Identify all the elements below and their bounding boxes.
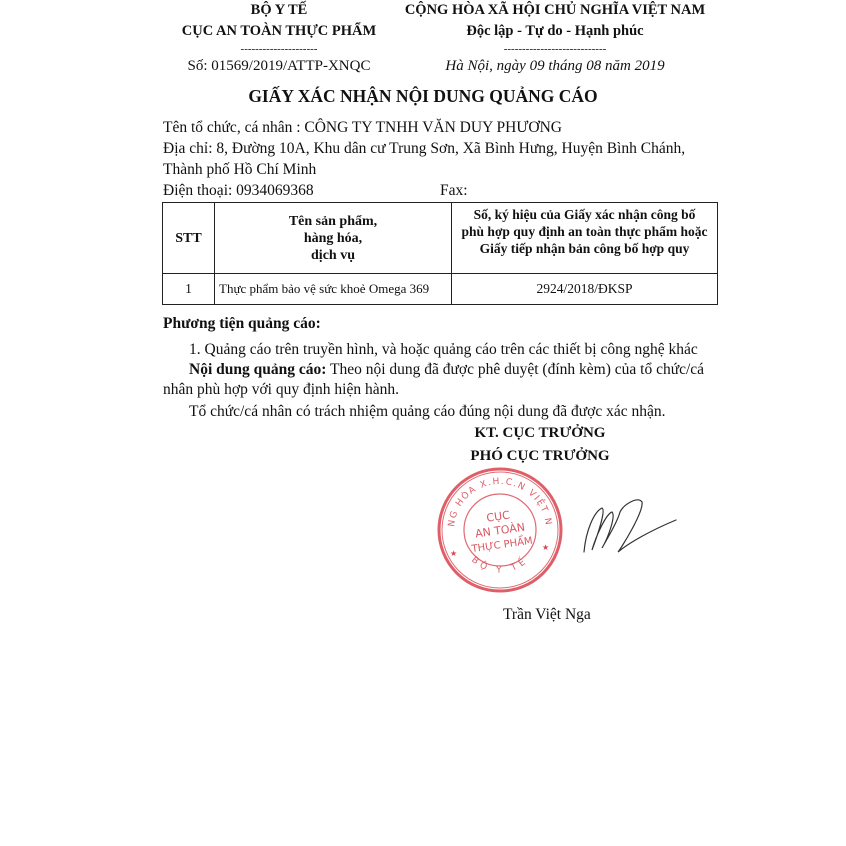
phone-number: Điện thoại: 0934069368 <box>163 180 314 201</box>
product-table: STT Tên sản phẩm, hàng hóa, dịch vụ Số, … <box>162 202 718 305</box>
organization-name: Tên tổ chức, cá nhân : CÔNG TY TNHH VĂN … <box>163 117 562 138</box>
header-certificate-line: Giấy tiếp nhận bản công bố hợp quy <box>452 240 717 257</box>
advertising-means-item: 1. Quảng cáo trên truyền hình, và hoặc q… <box>189 339 698 360</box>
table-header-row: STT Tên sản phẩm, hàng hóa, dịch vụ Số, … <box>163 203 718 274</box>
ministry-name: BỘ Y TẾ <box>168 0 390 21</box>
header-certificate-line: phù hợp quy định an toàn thực phẩm hoặc <box>452 223 717 240</box>
place-date: Hà Nội, ngày 09 tháng 08 năm 2019 <box>365 56 745 77</box>
on-behalf-title: KT. CỤC TRƯỞNG <box>440 425 640 442</box>
svg-text:★: ★ <box>542 543 549 552</box>
advertising-content-text-cont: nhân phù hợp với quy định hiện hành. <box>163 379 399 400</box>
department-name: CỤC AN TOÀN THỰC PHẨM <box>168 21 390 42</box>
header-product: Tên sản phẩm, hàng hóa, dịch vụ <box>215 203 452 274</box>
advertising-content: Nội dung quảng cáo: Theo nội dung đã đượ… <box>189 359 704 380</box>
address-line-2: Thành phố Hồ Chí Minh <box>163 159 316 180</box>
header-certificate-line: Số, ký hiệu của Giấy xác nhận công bố <box>452 206 717 223</box>
svg-text:BỘ Y TẾ: BỘ Y TẾ <box>469 554 531 576</box>
document-title: GIẤY XÁC NHẬN NỘI DUNG QUẢNG CÁO <box>0 86 846 107</box>
cell-stt: 1 <box>163 274 215 305</box>
document-number: Số: 01569/2019/ATTP-XNQC <box>168 56 390 77</box>
header-product-line: hàng hóa, <box>215 230 451 247</box>
advertising-means-label: Phương tiện quảng cáo: <box>163 313 321 334</box>
handwritten-signature-icon <box>580 490 680 560</box>
official-seal-icon: CỘNG HÒA X.H.C.N VIỆT NAM BỘ Y TẾ ★ ★ CỤ… <box>436 466 564 594</box>
advertising-content-text: Theo nội dung đã được phê duyệt (đính kè… <box>326 361 704 378</box>
right-divider: ---------------------------- <box>365 42 745 56</box>
header-stt: STT <box>163 203 215 274</box>
national-motto: Độc lập - Tự do - Hạnh phúc <box>365 21 745 42</box>
responsibility-statement: Tổ chức/cá nhân có trách nhiệm quảng cáo… <box>189 401 666 422</box>
issuing-agency-block: BỘ Y TẾ CỤC AN TOÀN THỰC PHẨM ----------… <box>168 0 390 77</box>
country-name: CỘNG HÒA XÃ HỘI CHỦ NGHĨA VIỆT NAM <box>365 0 745 21</box>
signer-position: PHÓ CỤC TRƯỞNG <box>440 448 640 465</box>
cell-certificate: 2924/2018/ĐKSP <box>452 274 718 305</box>
header-product-line: dịch vụ <box>215 247 451 264</box>
signer-name: Trần Việt Nga <box>503 606 591 624</box>
cell-product: Thực phẩm bảo vệ sức khoẻ Omega 369 <box>215 274 452 305</box>
header-product-line: Tên sản phẩm, <box>215 213 451 230</box>
svg-text:★: ★ <box>450 549 457 558</box>
national-header-block: CỘNG HÒA XÃ HỘI CHỦ NGHĨA VIỆT NAM Độc l… <box>365 0 745 77</box>
address-line-1: Địa chỉ: 8, Đường 10A, Khu dân cư Trung … <box>163 138 685 159</box>
header-certificate: Số, ký hiệu của Giấy xác nhận công bố ph… <box>452 203 718 274</box>
left-divider: --------------------- <box>168 42 390 56</box>
table-row: 1 Thực phẩm bảo vệ sức khoẻ Omega 369 29… <box>163 274 718 305</box>
advertising-content-label: Nội dung quảng cáo: <box>189 361 326 378</box>
fax-label: Fax: <box>440 180 468 201</box>
